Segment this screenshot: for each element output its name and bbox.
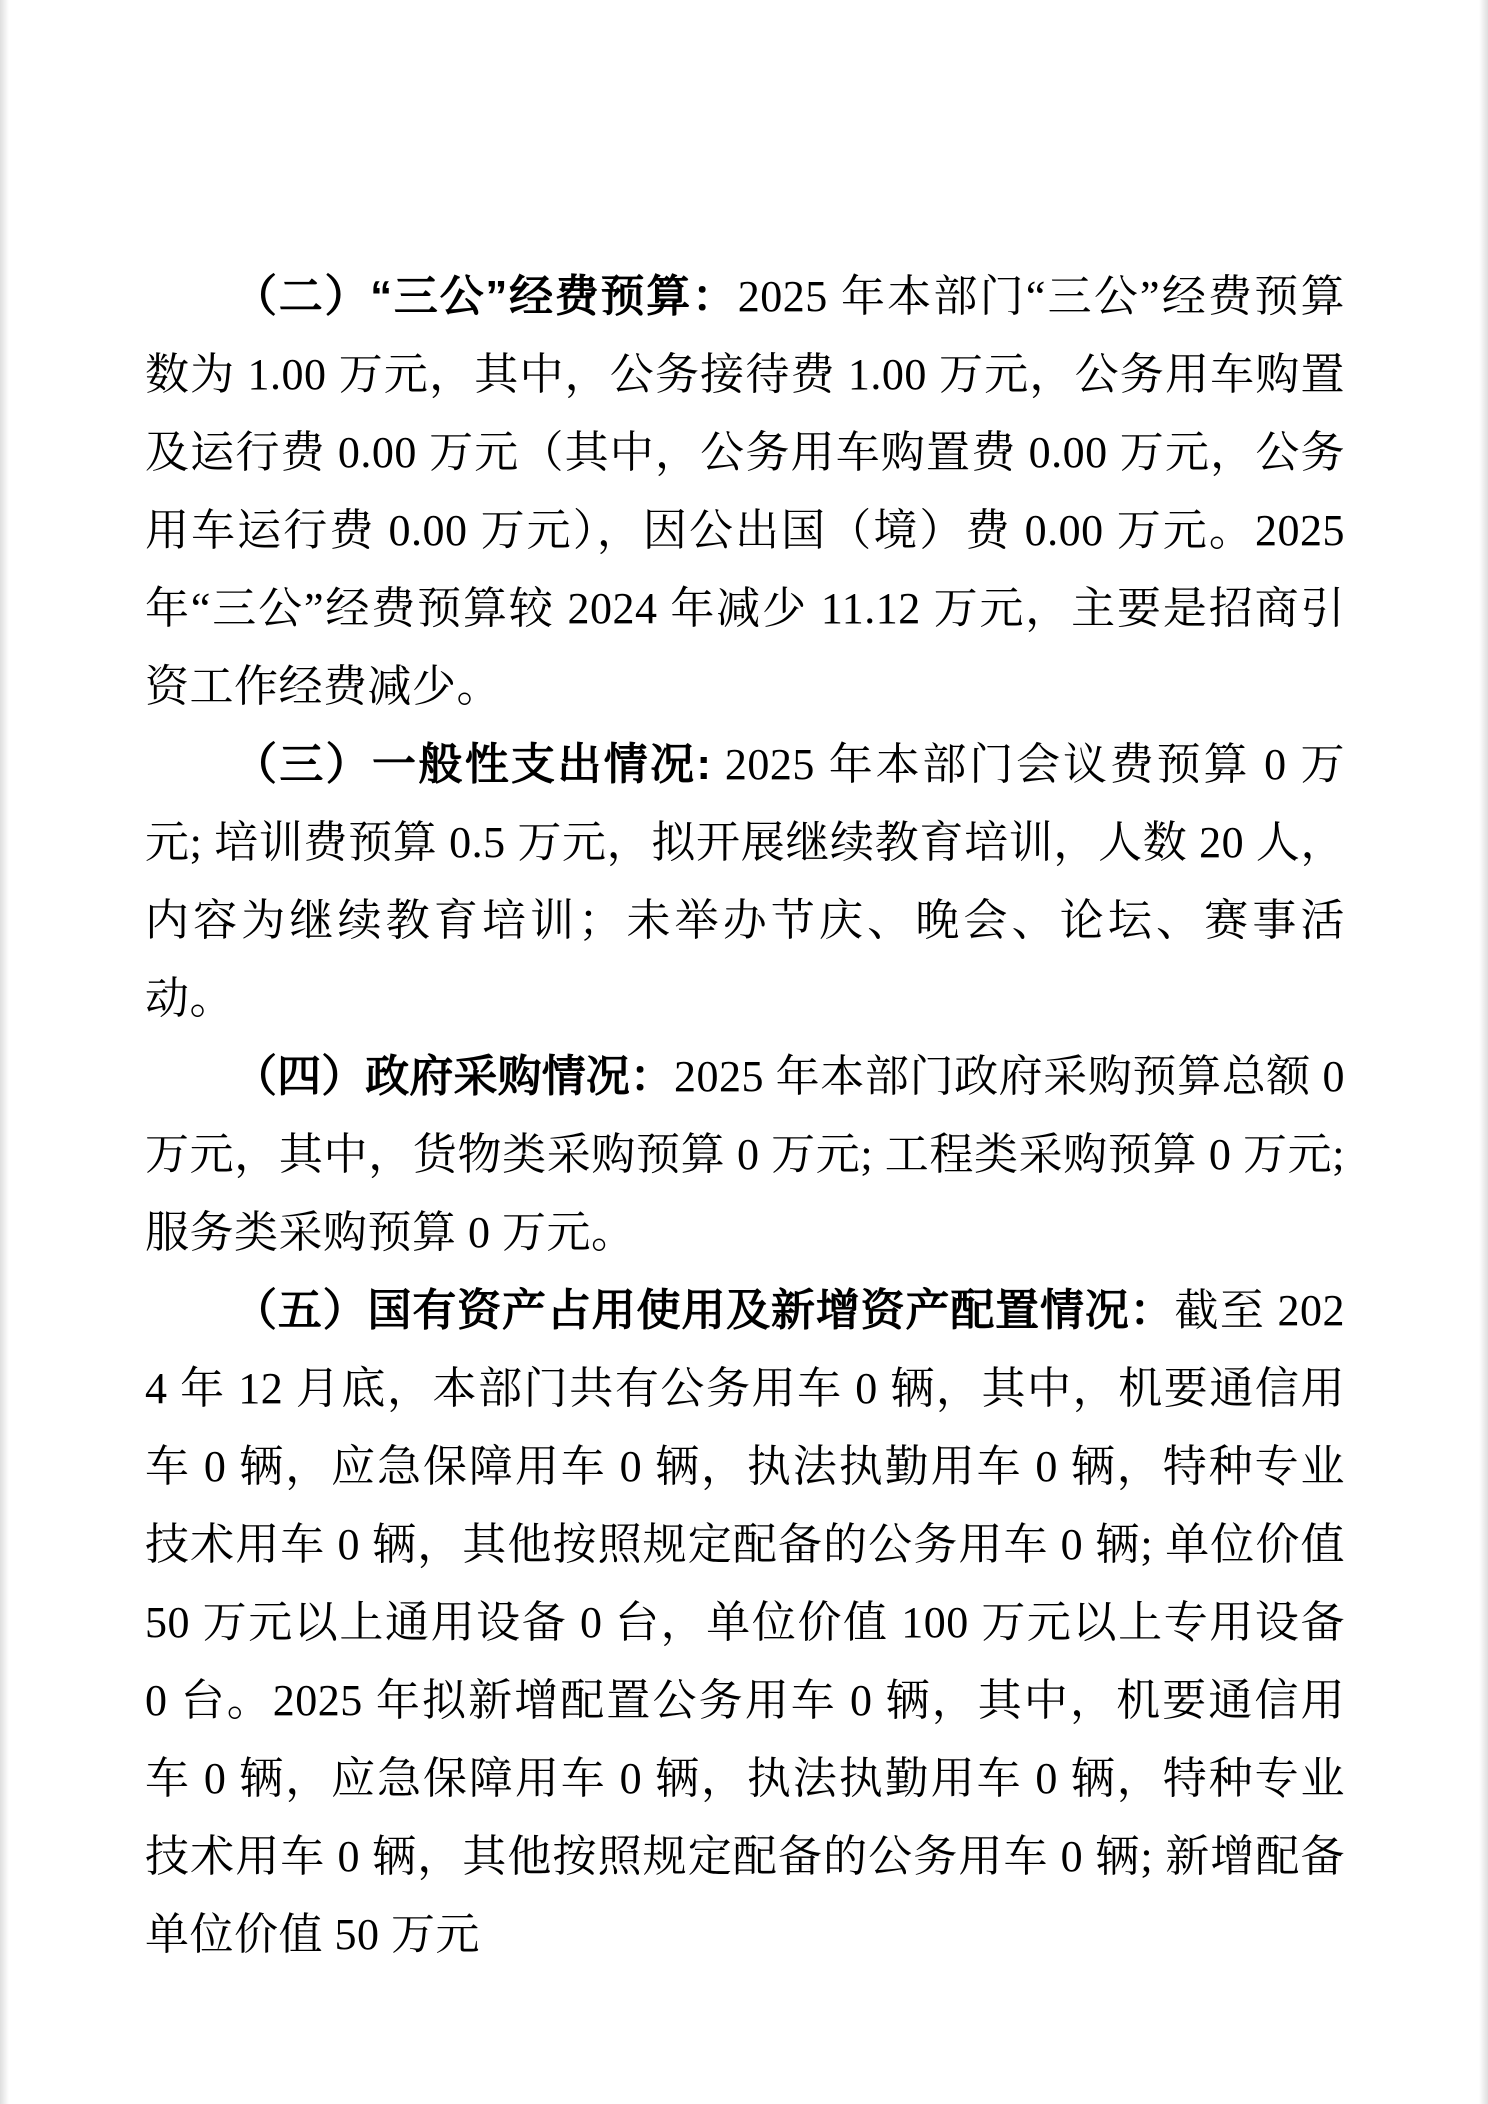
- document-text-block: （二）“三公”经费预算：2025 年本部门“三公”经费预算数为 1.00 万元，…: [145, 258, 1345, 1974]
- paragraph-sangong-budget: （二）“三公”经费预算：2025 年本部门“三公”经费预算数为 1.00 万元，…: [145, 258, 1345, 726]
- paragraph-government-procurement: （四）政府采购情况：2025 年本部门政府采购预算总额 0 万元，其中，货物类采…: [145, 1038, 1345, 1272]
- section-body-sangong-budget: 2025 年本部门“三公”经费预算数为 1.00 万元，其中，公务接待费 1.0…: [145, 272, 1345, 711]
- document-page: （二）“三公”经费预算：2025 年本部门“三公”经费预算数为 1.00 万元，…: [0, 0, 1488, 2104]
- section-body-state-assets: 截至 2024 年 12 月底，本部门共有公务用车 0 辆，其中，机要通信用车 …: [145, 1286, 1345, 1959]
- page-edge-right: [1479, 0, 1488, 2104]
- section-heading-state-assets: （五）国有资产占用使用及新增资产配置情况：: [233, 1286, 1175, 1335]
- section-heading-government-procurement: （四）政府采购情况：: [233, 1052, 674, 1101]
- section-heading-sangong-budget: （二）“三公”经费预算：: [233, 272, 738, 321]
- section-heading-general-expenditure: （三）一般性支出情况:: [233, 740, 711, 789]
- page-edge-left: [0, 0, 9, 2104]
- paragraph-state-assets: （五）国有资产占用使用及新增资产配置情况：截至 2024 年 12 月底，本部门…: [145, 1272, 1345, 1974]
- paragraph-general-expenditure: （三）一般性支出情况: 2025 年本部门会议费预算 0 万元; 培训费预算 0…: [145, 726, 1345, 1038]
